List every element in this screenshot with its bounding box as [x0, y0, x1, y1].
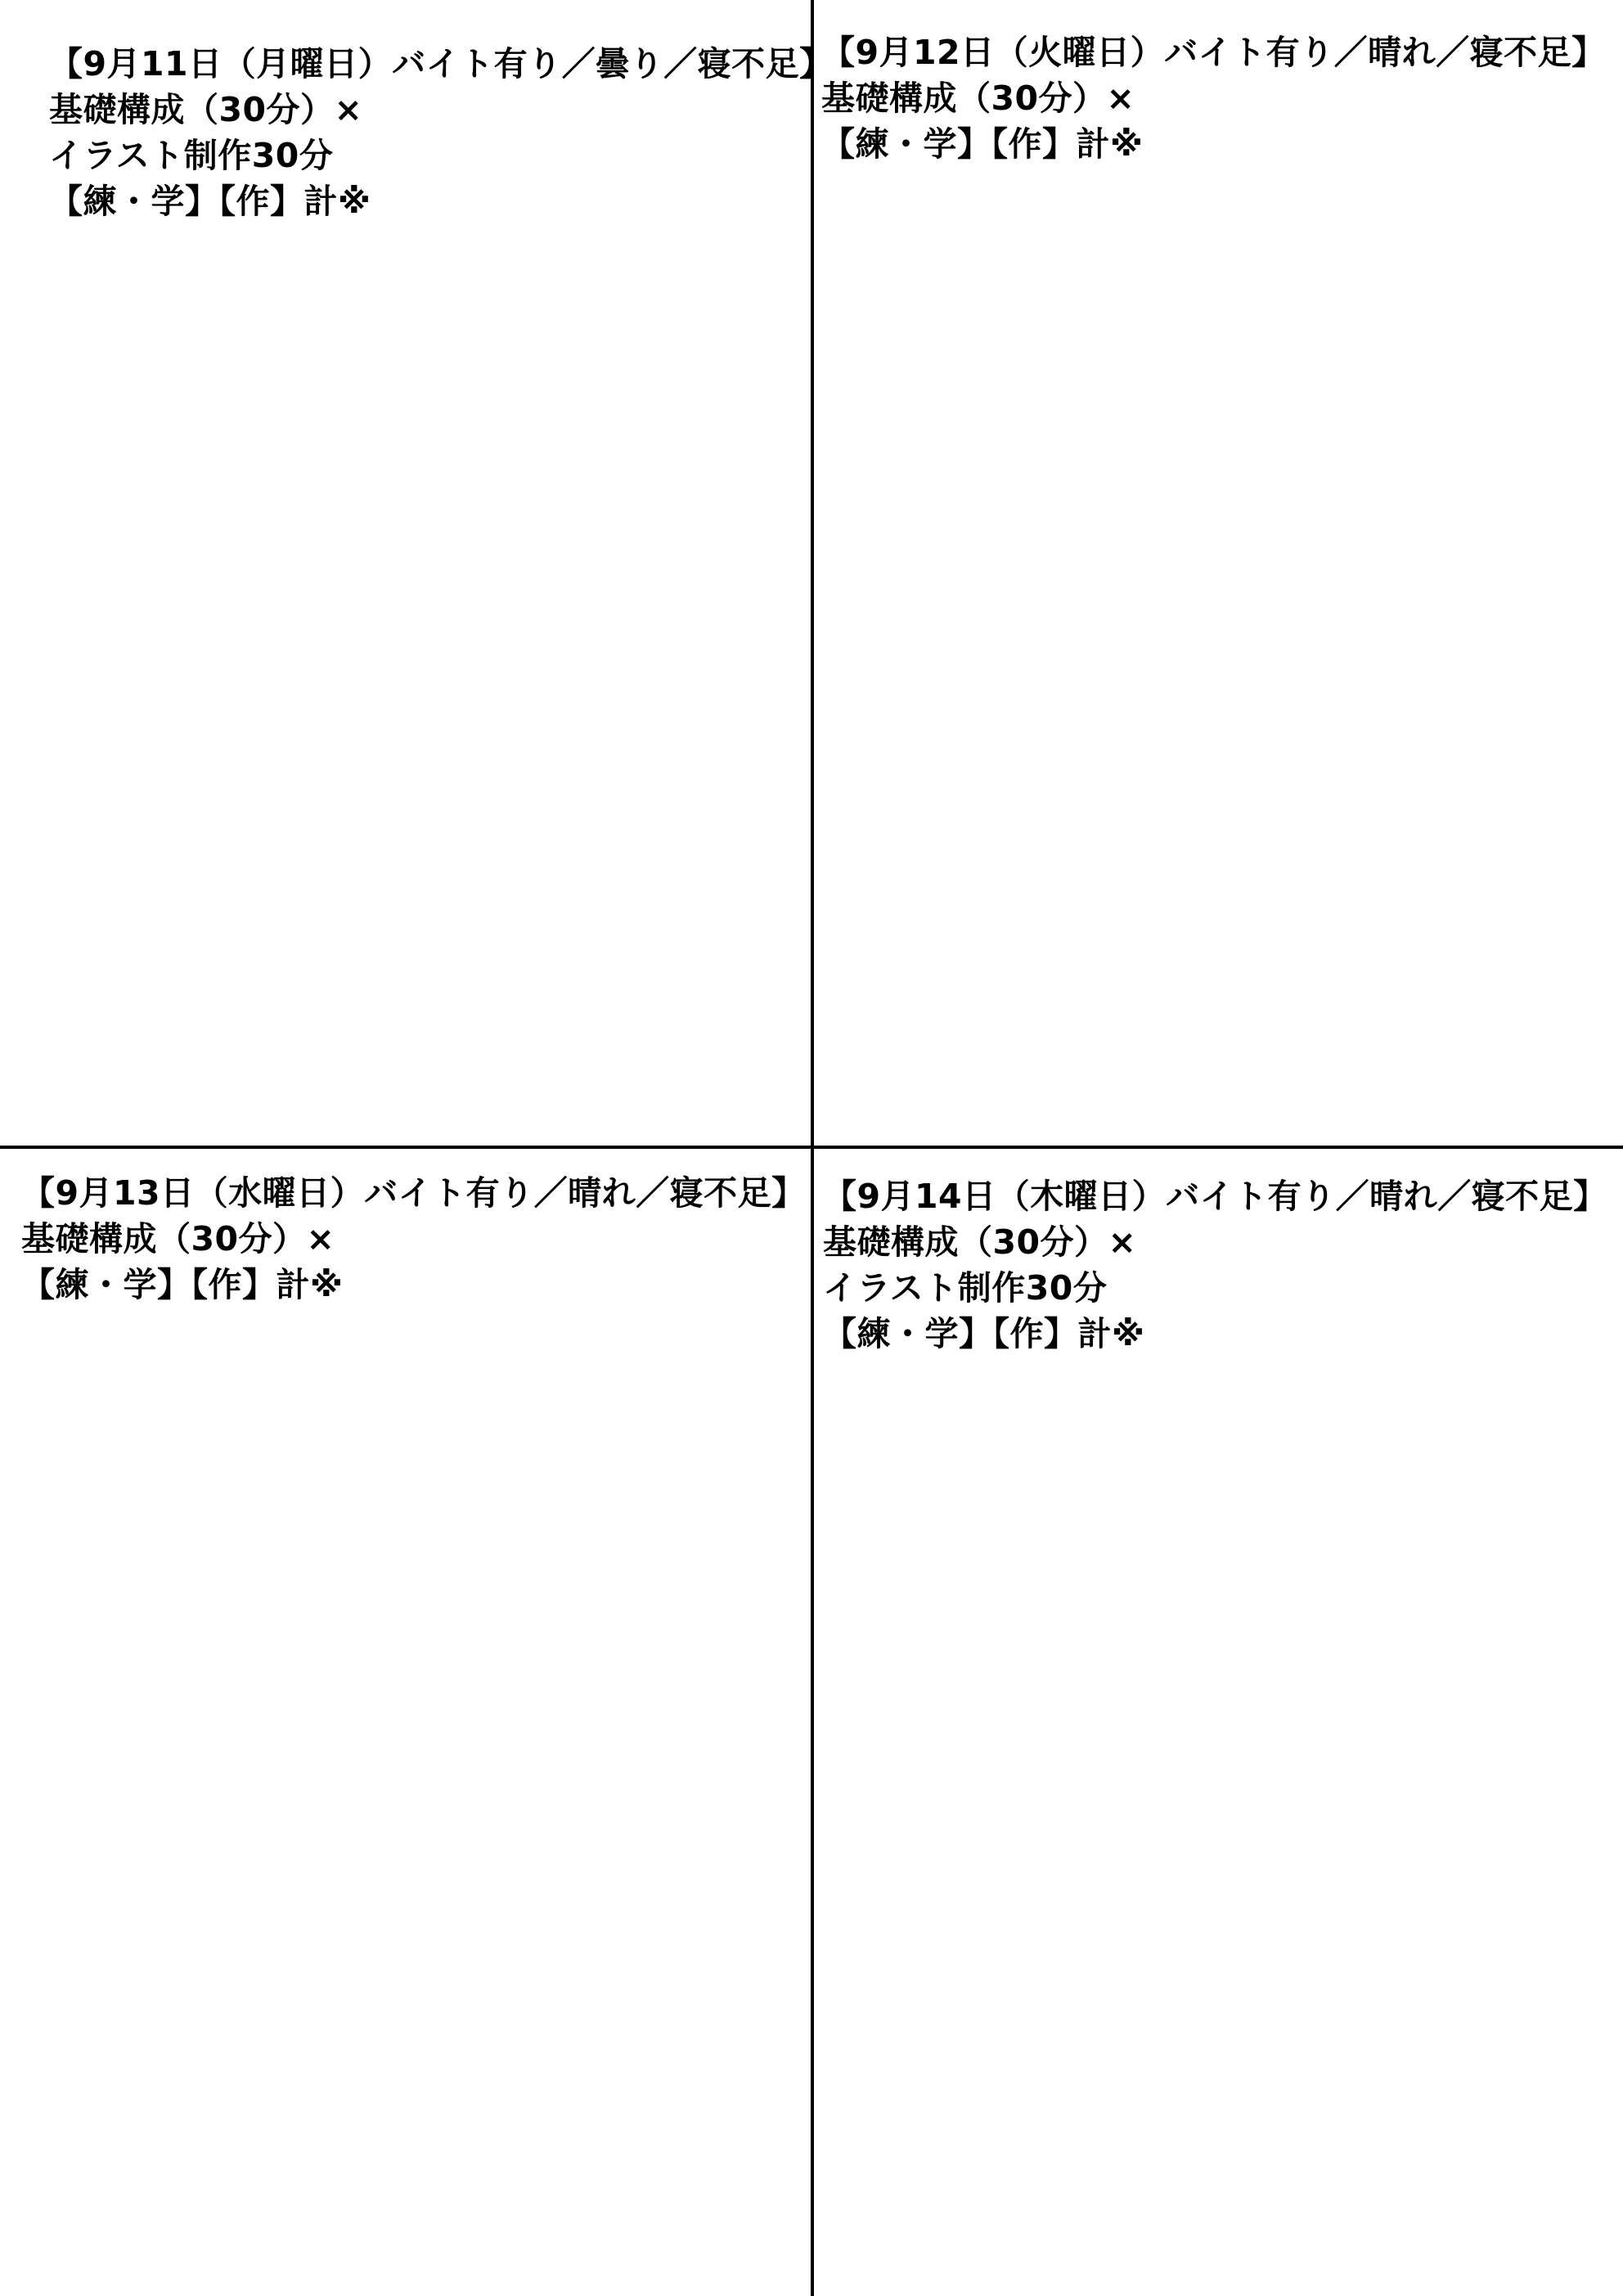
entry-task-line: イラスト制作30分 [49, 133, 834, 178]
entry-task-line: 基礎構成（30分）× [49, 87, 834, 133]
entry-task-line: 基礎構成（30分）× [823, 1219, 1607, 1265]
entry-task-line: 基礎構成（30分）× [21, 1216, 806, 1262]
entry-header: 【9月11日（月曜日）バイト有り／曇り／寝不足】 [49, 41, 834, 87]
entry-summary-line: 【練・学】【作】計※ [21, 1262, 806, 1308]
entry-task-line: 基礎構成（30分）× [821, 75, 1606, 121]
horizontal-divider [0, 1146, 1623, 1149]
entry-summary-line: 【練・学】【作】計※ [49, 178, 834, 224]
diary-entry-sep-11: 【9月11日（月曜日）バイト有り／曇り／寝不足】 基礎構成（30分）× イラスト… [49, 41, 834, 224]
entry-summary-line: 【練・学】【作】計※ [821, 121, 1606, 167]
diary-entry-sep-14: 【9月14日（木曜日）バイト有り／晴れ／寝不足】 基礎構成（30分）× イラスト… [823, 1173, 1607, 1357]
entry-task-line: イラスト制作30分 [823, 1265, 1607, 1311]
entry-summary-line: 【練・学】【作】計※ [823, 1311, 1607, 1357]
diary-entry-sep-13: 【9月13日（水曜日）バイト有り／晴れ／寝不足】 基礎構成（30分）× 【練・学… [21, 1170, 806, 1308]
diary-entry-sep-12: 【9月12日（火曜日）バイト有り／晴れ／寝不足】 基礎構成（30分）× 【練・学… [821, 29, 1606, 167]
entry-header: 【9月14日（木曜日）バイト有り／晴れ／寝不足】 [823, 1173, 1607, 1219]
diary-sheet: 【9月11日（月曜日）バイト有り／曇り／寝不足】 基礎構成（30分）× イラスト… [0, 0, 1623, 2296]
entry-header: 【9月12日（火曜日）バイト有り／晴れ／寝不足】 [821, 29, 1606, 75]
entry-header: 【9月13日（水曜日）バイト有り／晴れ／寝不足】 [21, 1170, 806, 1216]
